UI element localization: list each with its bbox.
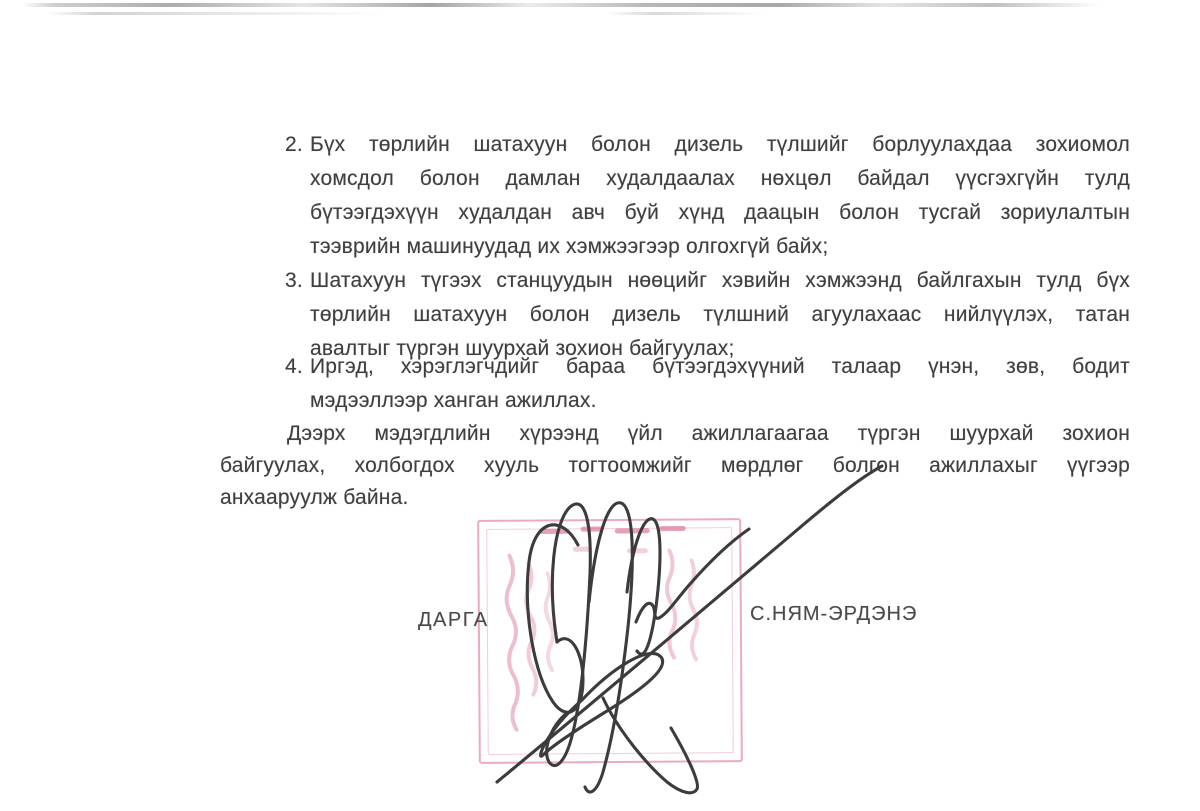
- list-item-4: 4. Иргэд, хэрэглэгчдийг бараа бүтээгдэхү…: [285, 350, 1130, 418]
- text-line: мэдээллээр ханган ажиллах.: [310, 384, 1130, 418]
- list-item-2: 2. Бүх төрлийн шатахуун болон дизель түл…: [285, 128, 1130, 264]
- text-line: тээврийн машинуудад их хэмжээгээр олгохг…: [310, 230, 1130, 264]
- signature-title-label: ДАРГА: [418, 609, 489, 632]
- scan-artifact-line-second-left: [46, 12, 384, 15]
- scan-artifact-line-second-right: [606, 12, 766, 15]
- text-line: Бүх төрлийн шатахуун болон дизель түлший…: [310, 128, 1130, 162]
- text-line: Шатахуун түгээх станцуудын нөөцийг хэвий…: [310, 264, 1130, 298]
- list-number: 4.: [285, 350, 310, 418]
- signatory-name: С.НЯМ-ЭРДЭНЭ: [750, 603, 917, 626]
- list-number: 2.: [285, 128, 310, 264]
- text-line: хомсдол болон дамлан худалдаалах нөхцөл …: [310, 162, 1130, 196]
- scan-artifact-line-top: [22, 3, 1100, 7]
- scanned-document-page: 2. Бүх төрлийн шатахуун болон дизель түл…: [0, 0, 1200, 811]
- list-item-text: Бүх төрлийн шатахуун болон дизель түлший…: [310, 128, 1130, 264]
- text-line: төрлийн шатахуун болон дизель түлшний аг…: [310, 298, 1130, 332]
- text-line: Иргэд, хэрэглэгчдийг бараа бүтээгдэхүүни…: [310, 350, 1130, 384]
- list-item-text: Иргэд, хэрэглэгчдийг бараа бүтээгдэхүүни…: [310, 350, 1130, 418]
- text-line: бүтээгдэхүүн худалдан авч буй хүнд даацы…: [310, 196, 1130, 230]
